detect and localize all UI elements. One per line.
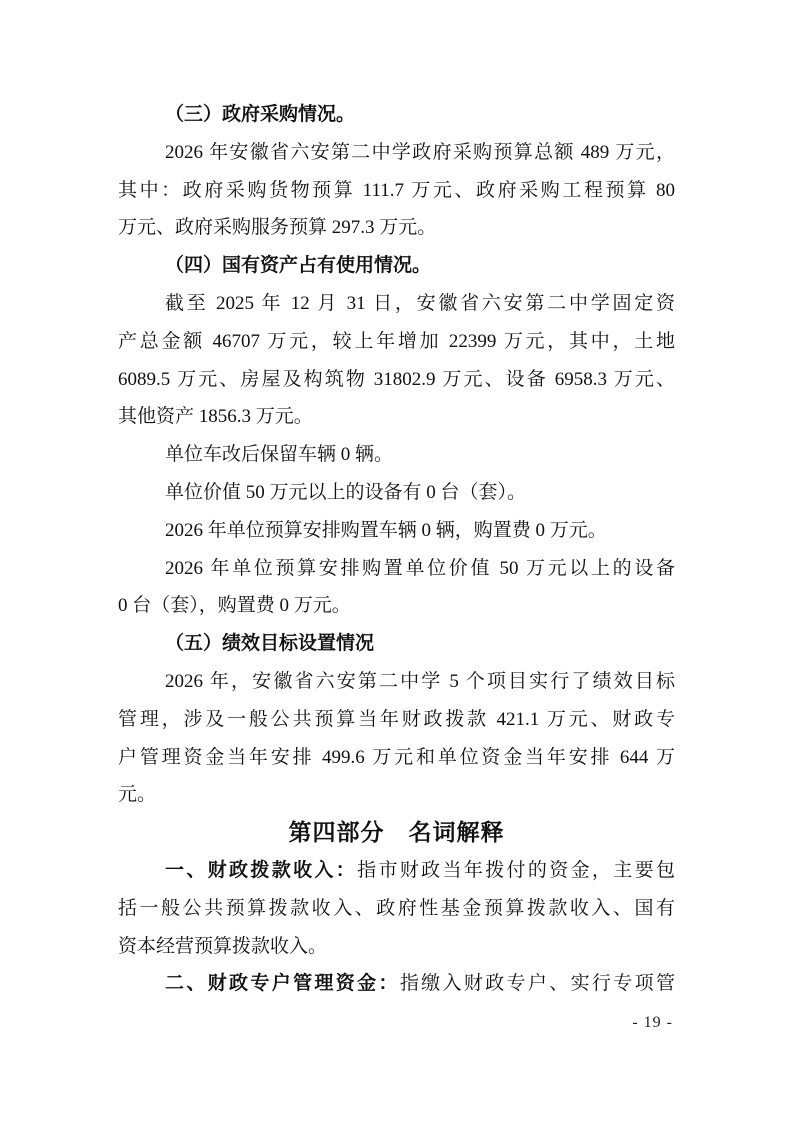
section4-paragraph4: 2026 年单位预算安排购置车辆 0 辆，购置费 0 万元。	[118, 512, 675, 550]
section3-paragraph-line-3: 万元、政府采购服务预算 297.3 万元。	[118, 209, 675, 247]
term1-line-1: 一、财政拨款收入：指市财政当年拨付的资金，主要包	[118, 852, 675, 890]
section4-paragraph5-line-2: 0 台（套），购置费 0 万元。	[118, 587, 675, 625]
section4-paragraph1-line-1: 截至 2025 年 12 月 31 日，安徽省六安第二中学固定资	[118, 285, 675, 323]
section4-paragraph5-line-1: 2026 年单位预算安排购置单位价值 50 万元以上的设备	[118, 550, 675, 588]
page-number: - 19 -	[632, 1014, 673, 1032]
section5-paragraph-line-3: 户管理资金当年安排 499.6 万元和单位资金当年安排 644 万	[118, 739, 675, 777]
section4-heading: （四）国有资产占有使用情况。	[118, 247, 675, 285]
section4-paragraph1-line-3: 6089.5 万元、房屋及构筑物 31802.9 万元、设备 6958.3 万元…	[118, 361, 675, 399]
document-page: （三）政府采购情况。 2026 年安徽省六安第二中学政府采购预算总额 489 万…	[0, 0, 793, 1122]
term1-line-2: 括一般公共预算拨款收入、政府性基金预算拨款收入、国有	[118, 890, 675, 928]
section3-paragraph-line-2: 其中：政府采购货物预算 111.7 万元、政府采购工程预算 80	[118, 172, 675, 210]
section5-paragraph-line-4: 元。	[118, 776, 675, 814]
term1-line-3: 资本经营预算拨款收入。	[118, 928, 675, 966]
section3-paragraph-line-1: 2026 年安徽省六安第二中学政府采购预算总额 489 万元，	[118, 134, 675, 172]
section4-paragraph2: 单位车改后保留车辆 0 辆。	[118, 436, 675, 474]
section4-paragraph3: 单位价值 50 万元以上的设备有 0 台（套）。	[118, 474, 675, 512]
section4-paragraph1-line-4: 其他资产 1856.3 万元。	[118, 398, 675, 436]
term1-definition-start: 指市财政当年拨付的资金，主要包	[357, 860, 675, 881]
part4-heading: 第四部分 名词解释	[118, 814, 675, 852]
term1-label: 一、财政拨款收入：	[165, 860, 357, 881]
section5-paragraph-line-2: 管理，涉及一般公共预算当年财政拨款 421.1 万元、财政专	[118, 701, 675, 739]
term2-label: 二、财政专户管理资金：	[165, 973, 400, 994]
section5-heading: （五）绩效目标设置情况	[118, 625, 675, 663]
section3-heading: （三）政府采购情况。	[118, 96, 675, 134]
page-content: （三）政府采购情况。 2026 年安徽省六安第二中学政府采购预算总额 489 万…	[118, 96, 675, 1003]
section4-paragraph1-line-2: 产总金额 46707 万元，较上年增加 22399 万元，其中，土地	[118, 323, 675, 361]
section5-paragraph-line-1: 2026 年，安徽省六安第二中学 5 个项目实行了绩效目标	[118, 663, 675, 701]
term2-definition-start: 指缴入财政专户、实行专项管	[400, 973, 675, 994]
term2-line-1: 二、财政专户管理资金：指缴入财政专户、实行专项管	[118, 965, 675, 1003]
